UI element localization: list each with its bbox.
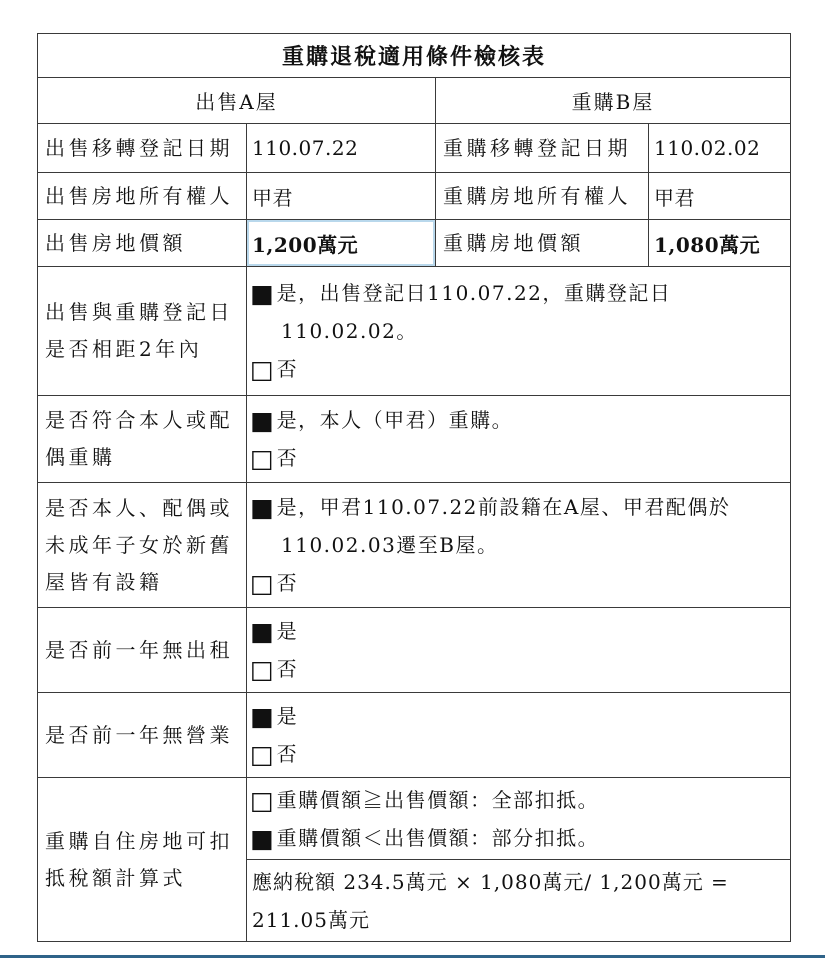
- option-no-text: 否: [277, 742, 299, 766]
- document-page: 重購退稅適用條件檢核表 出售A屋 重購B屋 出售移轉登記日期 110.07.22…: [0, 0, 825, 963]
- label-repurchase-registration-date: 重購移轉登記日期: [436, 124, 649, 173]
- page-bottom-rule: [0, 955, 825, 958]
- option-no: □否: [250, 439, 786, 477]
- label-sell-owner: 出售房地所有權人: [38, 173, 247, 220]
- option-no-text: 否: [277, 657, 299, 681]
- answer-cell: ■是，本人（甲君）重購。 □否: [247, 396, 791, 483]
- table-row: 出售房地價額 1,200萬元 重購房地價額 1,080萬元: [38, 220, 791, 267]
- option-yes-text: 是，出售登記日110.07.22，重購登記日: [277, 281, 672, 305]
- option-yes-text: 是: [277, 619, 299, 643]
- option-no: □否: [250, 350, 786, 388]
- option-no: □否: [250, 735, 786, 773]
- table-row: 是否前一年無出租 ■是 □否: [38, 608, 791, 693]
- label-sell-price: 出售房地價額: [38, 220, 247, 267]
- table-row: 是否本人、配偶或未成年子女於新舊屋皆有設籍 ■是，甲君110.07.22前設籍在…: [38, 483, 791, 608]
- option-yes: ■是，本人（甲君）重購。: [250, 401, 786, 439]
- question-label-no-business: 是否前一年無營業: [38, 693, 247, 778]
- question-label-self-or-spouse: 是否符合本人或配偶重購: [38, 396, 247, 483]
- answer-cell: ■是 □否: [247, 693, 791, 778]
- formula-text: 應納稅額 234.5萬元 × 1,080萬元/ 1,200萬元 =: [252, 863, 786, 901]
- value-sell-registration-date: 110.07.22: [247, 124, 436, 173]
- option-yes: ■是，甲君110.07.22前設籍在A屋、甲君配偶於: [250, 488, 786, 526]
- column-header-sell-a: 出售A屋: [38, 78, 436, 124]
- answer-cell: ■是，甲君110.07.22前設籍在A屋、甲君配偶於 110.02.03遷至B屋…: [247, 483, 791, 608]
- option-partial-deduction: ■重購價額＜出售價額：部分扣抵。: [250, 819, 786, 857]
- value-repurchase-registration-date: 110.02.02: [649, 124, 791, 173]
- option-full-deduction: □重購價額≧出售價額：全部扣抵。: [250, 781, 786, 819]
- option-yes-text-line2: 110.02.02。: [250, 312, 786, 350]
- checkbox-checked-icon: ■: [250, 406, 274, 435]
- option-yes-text: 是，本人（甲君）重購。: [277, 408, 514, 432]
- value-repurchase-price: 1,080萬元: [649, 220, 791, 267]
- option-yes: ■是: [250, 612, 786, 650]
- checkbox-checked-icon: ■: [250, 493, 274, 522]
- question-label-household-registration: 是否本人、配偶或未成年子女於新舊屋皆有設籍: [38, 483, 247, 608]
- answer-cell: ■是 □否: [247, 608, 791, 693]
- option-yes-text: 是，甲君110.07.22前設籍在A屋、甲君配偶於: [277, 495, 731, 519]
- table-title: 重購退稅適用條件檢核表: [38, 34, 791, 78]
- checkbox-checked-icon: ■: [250, 824, 274, 853]
- checklist-table: 重購退稅適用條件檢核表 出售A屋 重購B屋 出售移轉登記日期 110.07.22…: [37, 33, 791, 942]
- formula-result-text: 211.05萬元: [252, 901, 786, 939]
- checkbox-checked-icon: ■: [250, 617, 274, 646]
- checkbox-unchecked-icon: □: [250, 569, 274, 598]
- table-row: 出售房地所有權人 甲君 重購房地所有權人 甲君: [38, 173, 791, 220]
- sell-price-field[interactable]: 1,200萬元: [247, 220, 436, 267]
- table-row: 是否前一年無營業 ■是 □否: [38, 693, 791, 778]
- value-sell-owner: 甲君: [247, 173, 436, 220]
- option-no-text: 否: [277, 446, 299, 470]
- checkbox-unchecked-icon: □: [250, 786, 274, 815]
- column-header-repurchase-b: 重購B屋: [436, 78, 791, 124]
- answer-cell: ■是，出售登記日110.07.22，重購登記日 110.02.02。 □否: [247, 267, 791, 396]
- label-sell-registration-date: 出售移轉登記日期: [38, 124, 247, 173]
- option-no: □否: [250, 564, 786, 602]
- table-row: 出售與重購登記日是否相距2年內 ■是，出售登記日110.07.22，重購登記日 …: [38, 267, 791, 396]
- option-partial-deduction-text: 重購價額＜出售價額：部分扣抵。: [277, 826, 600, 850]
- label-repurchase-price: 重購房地價額: [436, 220, 649, 267]
- checkbox-unchecked-icon: □: [250, 740, 274, 769]
- option-yes-text: 是: [277, 704, 299, 728]
- question-label-no-rental: 是否前一年無出租: [38, 608, 247, 693]
- calc-label: 重購自住房地可扣抵稅額計算式: [38, 778, 247, 942]
- option-no-text: 否: [277, 357, 299, 381]
- option-yes-text-line2: 110.02.03遷至B屋。: [250, 526, 786, 564]
- table-row: 是否符合本人或配偶重購 ■是，本人（甲君）重購。 □否: [38, 396, 791, 483]
- label-repurchase-owner: 重購房地所有權人: [436, 173, 649, 220]
- option-no-text: 否: [277, 571, 299, 595]
- option-yes: ■是，出售登記日110.07.22，重購登記日: [250, 274, 786, 312]
- option-yes: ■是: [250, 697, 786, 735]
- checkbox-unchecked-icon: □: [250, 444, 274, 473]
- table-row: 重購自住房地可扣抵稅額計算式 □重購價額≧出售價額：全部扣抵。 ■重購價額＜出售…: [38, 778, 791, 860]
- calc-options-cell: □重購價額≧出售價額：全部扣抵。 ■重購價額＜出售價額：部分扣抵。: [247, 778, 791, 860]
- formula-cell: 應納稅額 234.5萬元 × 1,080萬元/ 1,200萬元 = 211.05…: [247, 860, 791, 942]
- value-repurchase-owner: 甲君: [649, 173, 791, 220]
- checkbox-checked-icon: ■: [250, 279, 274, 308]
- checkbox-unchecked-icon: □: [250, 655, 274, 684]
- checkbox-checked-icon: ■: [250, 702, 274, 731]
- question-label-within-2-years: 出售與重購登記日是否相距2年內: [38, 267, 247, 396]
- table-row: 出售移轉登記日期 110.07.22 重購移轉登記日期 110.02.02: [38, 124, 791, 173]
- option-no: □否: [250, 650, 786, 688]
- checkbox-unchecked-icon: □: [250, 355, 274, 384]
- option-full-deduction-text: 重購價額≧出售價額：全部扣抵。: [277, 788, 600, 812]
